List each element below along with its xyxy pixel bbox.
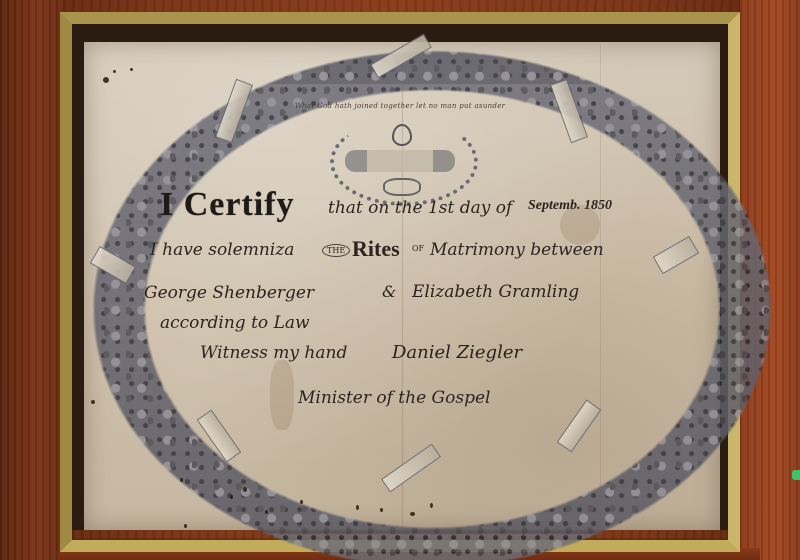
water-stain xyxy=(270,360,294,430)
stain xyxy=(113,70,116,73)
green-marker xyxy=(792,470,800,480)
stain xyxy=(103,77,109,83)
frame-left-rail xyxy=(0,0,62,560)
stain xyxy=(380,508,383,512)
according-to-law: according to Law xyxy=(160,313,310,333)
bride-name: Elizabeth Gramling xyxy=(412,282,579,302)
flaming-heart-icon xyxy=(392,124,412,146)
groom-name: George Shenberger xyxy=(144,283,314,303)
of-label: OF xyxy=(412,244,424,253)
ampersand: & xyxy=(382,282,396,301)
motto-text: What God hath joined together let no man… xyxy=(290,102,510,110)
rites-label: Rites xyxy=(352,236,400,262)
witness-label: Witness my hand xyxy=(200,343,347,363)
stain xyxy=(430,503,433,508)
stain xyxy=(130,68,133,71)
stain xyxy=(230,495,233,499)
stain xyxy=(184,524,187,528)
stain xyxy=(410,512,415,516)
the-label: THE xyxy=(322,244,350,257)
stain xyxy=(91,400,95,404)
bow-icon xyxy=(383,178,421,196)
clasped-hands-icon xyxy=(345,150,455,172)
certificate-heading: I Certify xyxy=(160,186,295,224)
minister-title: Minister of the Gospel xyxy=(298,388,490,408)
stain xyxy=(356,505,359,510)
minister-signature: Daniel Ziegler xyxy=(392,342,522,363)
solemnized-text: I have solemniza xyxy=(150,240,294,260)
stain xyxy=(300,500,303,504)
stain xyxy=(180,478,183,482)
water-stain xyxy=(560,205,600,245)
stain xyxy=(265,510,268,514)
date-prefix: that on the 1st day of xyxy=(328,198,512,218)
stain xyxy=(243,487,247,492)
